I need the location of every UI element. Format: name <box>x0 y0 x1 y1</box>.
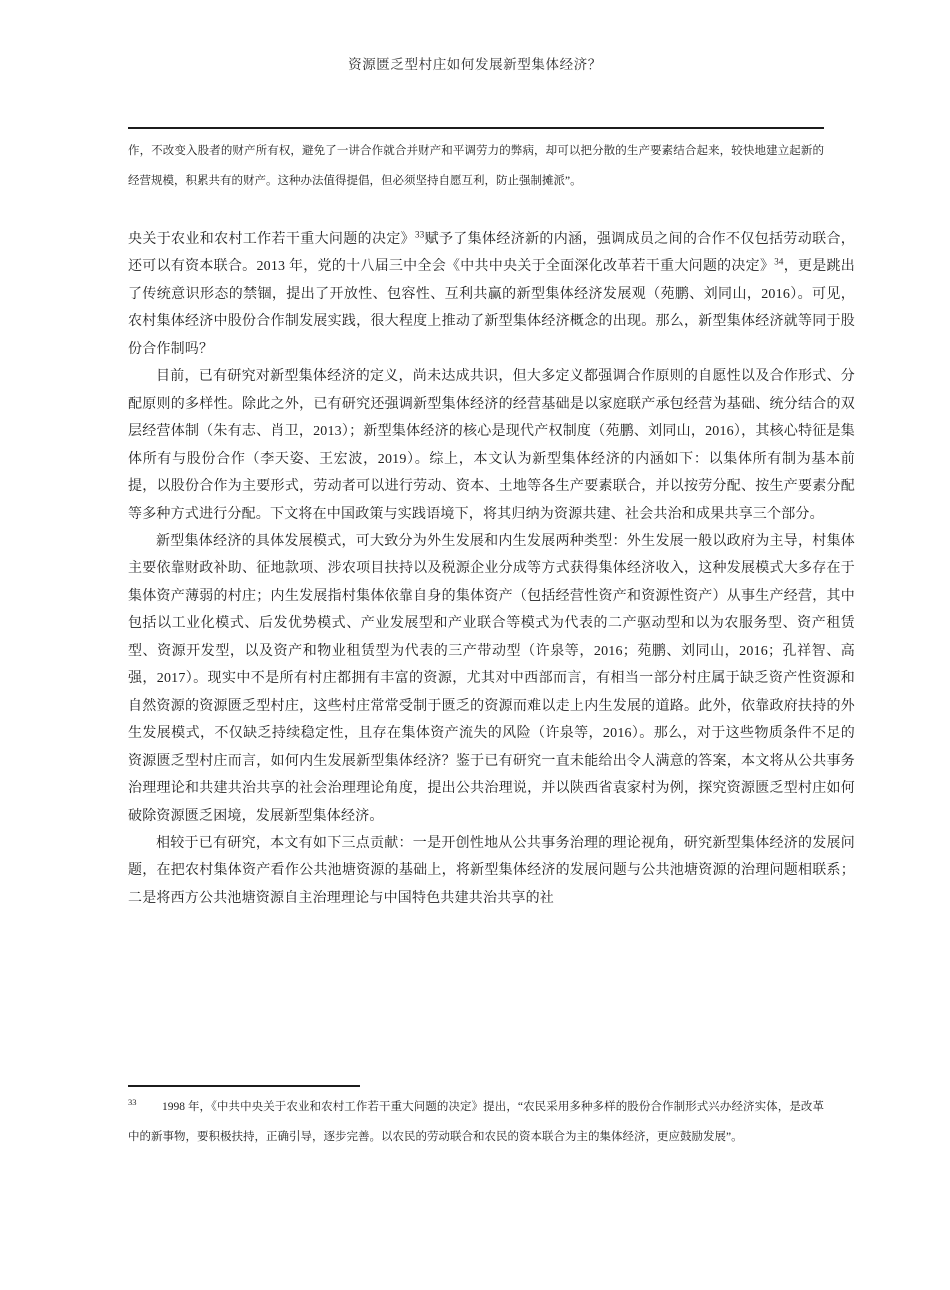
body-paragraph: 央关于农业和农村工作若干重大问题的决定》33赋予了集体经济新的内涵，强调成员之间… <box>128 226 855 363</box>
document-page: 资源匮乏型村庄如何发展新型集体经济？ 作，不改变入股者的财产所有权，避免了一讲合… <box>0 0 950 1290</box>
body-paragraph: 新型集体经济的具体发展模式，可大致分为外生发展和内生发展两种类型：外生发展一般以… <box>128 528 855 830</box>
body-run: 相较于已有研究，本文有如下三点贡献：一是开创性地从公共事务治理的理论视角，研究新… <box>128 836 855 906</box>
body-text: 央关于农业和农村工作若干重大问题的决定》33赋予了集体经济新的内涵，强调成员之间… <box>128 226 855 912</box>
footnote-item: 331998 年，《中共中央关于农业和农村工作若干重大问题的决定》提出，“农民采… <box>128 1092 824 1152</box>
footnote-reference: 34 <box>774 257 783 267</box>
running-header-title: 资源匮乏型村庄如何发展新型集体经济？ <box>0 53 950 73</box>
body-paragraph: 目前，已有研究对新型集体经济的定义，尚未达成共识，但大多定义都强调合作原则的自愿… <box>128 363 855 528</box>
footnote-continuation-separator <box>128 127 824 129</box>
body-run: 目前，已有研究对新型集体经济的定义，尚未达成共识，但大多定义都强调合作原则的自愿… <box>128 369 855 521</box>
body-run: 央关于农业和农村工作若干重大问题的决定》 <box>128 232 415 247</box>
footnote-continuation-text: 作，不改变入股者的财产所有权，避免了一讲合作就合并财产和平调劳力的弊病，却可以把… <box>128 136 824 196</box>
footnote-separator <box>128 1085 360 1087</box>
body-run: 新型集体经济的具体发展模式，可大致分为外生发展和内生发展两种类型：外生发展一般以… <box>128 534 855 824</box>
body-paragraph: 相较于已有研究，本文有如下三点贡献：一是开创性地从公共事务治理的理论视角，研究新… <box>128 830 855 912</box>
footnotes: 331998 年，《中共中央关于农业和农村工作若干重大问题的决定》提出，“农民采… <box>128 1092 824 1152</box>
footnote-text: 1998 年，《中共中央关于农业和农村工作若干重大问题的决定》提出，“农民采用多… <box>128 1101 824 1143</box>
